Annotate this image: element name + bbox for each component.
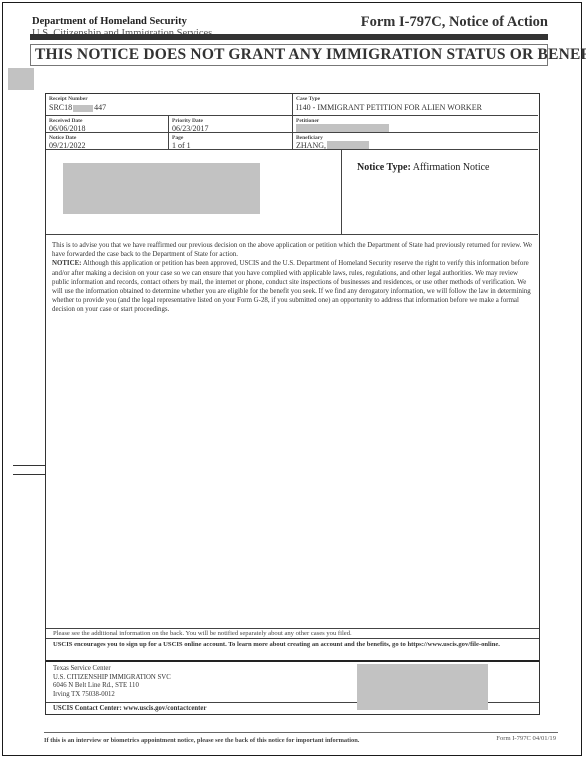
- redaction-block: [63, 163, 260, 214]
- service-center-address: Texas Service Center U.S. CITIZENSHIP IM…: [53, 665, 171, 699]
- notice-date-cell: Notice Date 09/21/2022: [46, 133, 169, 150]
- case-type-value: I140 - IMMIGRANT PETITION FOR ALIEN WORK…: [296, 103, 482, 112]
- divider: [46, 628, 539, 629]
- redaction-block: [296, 124, 389, 132]
- address-line: U.S. CITIZENSHIP IMMIGRATION SVC: [53, 674, 171, 683]
- beneficiary-value: ZHANG,: [296, 141, 326, 150]
- bottom-note: If this is an interview or biometrics ap…: [44, 737, 359, 744]
- notice-type-label: Notice Type:: [357, 162, 411, 173]
- received-date-value: 06/06/2018: [49, 124, 85, 133]
- address-line: Texas Service Center: [53, 665, 171, 674]
- notice-paragraph: Although this application or petition ha…: [52, 260, 531, 313]
- redaction-block: [357, 664, 488, 710]
- received-date-cell: Received Date 06/06/2018: [46, 116, 169, 133]
- petitioner-cell: Petitioner: [293, 116, 538, 133]
- redaction-block: [327, 141, 369, 149]
- address-line: Irving TX 75038-0012: [53, 691, 171, 700]
- status-warning: THIS NOTICE DOES NOT GRANT ANY IMMIGRATI…: [30, 44, 548, 66]
- margin-marks: [13, 465, 45, 483]
- divider: [46, 660, 539, 662]
- notice-date-value: 09/21/2022: [49, 141, 85, 150]
- page-cell: Page 1 of 1: [169, 133, 293, 150]
- notice-label: NOTICE:: [52, 260, 81, 267]
- notice-body-text: This is to advise you that we have reaff…: [52, 241, 536, 315]
- form-code: Form I-797C 04/01/19: [496, 735, 556, 742]
- receipt-number-label: Receipt Number: [49, 96, 88, 102]
- priority-date-cell: Priority Date 06/23/2017: [169, 116, 293, 133]
- affirmation-paragraph: This is to advise you that we have reaff…: [52, 242, 532, 258]
- notice-type: Notice Type: Affirmation Notice: [357, 162, 490, 173]
- redaction-block: [8, 68, 34, 90]
- receipt-suffix: 447: [94, 103, 106, 112]
- footer-divider: [44, 732, 558, 733]
- divider: [46, 638, 539, 639]
- case-type-cell: Case Type I140 - IMMIGRANT PETITION FOR …: [293, 94, 538, 116]
- department-name: Department of Homeland Security: [32, 16, 212, 28]
- header-divider: [30, 34, 548, 40]
- priority-date-value: 06/23/2017: [172, 124, 208, 133]
- case-type-label: Case Type: [296, 96, 320, 102]
- receipt-prefix: SRC18: [49, 103, 72, 112]
- receipt-number-value: SRC18447: [49, 103, 106, 112]
- page-value: 1 of 1: [172, 141, 191, 150]
- online-account-text: USCIS encourages you to sign up for a US…: [53, 640, 523, 649]
- receipt-number-cell: Receipt Number SRC18447: [46, 94, 293, 116]
- form-title: Form I-797C, Notice of Action: [361, 14, 548, 31]
- redaction-block: [73, 105, 93, 112]
- beneficiary-cell: Beneficiary ZHANG,: [293, 133, 538, 150]
- additional-info-text: Please see the additional information on…: [53, 630, 352, 637]
- notice-type-value: Affirmation Notice: [413, 162, 490, 173]
- contact-center-text: USCIS Contact Center: www.uscis.gov/cont…: [53, 705, 206, 712]
- address-line: 6046 N Belt Line Rd., STE 110: [53, 682, 171, 691]
